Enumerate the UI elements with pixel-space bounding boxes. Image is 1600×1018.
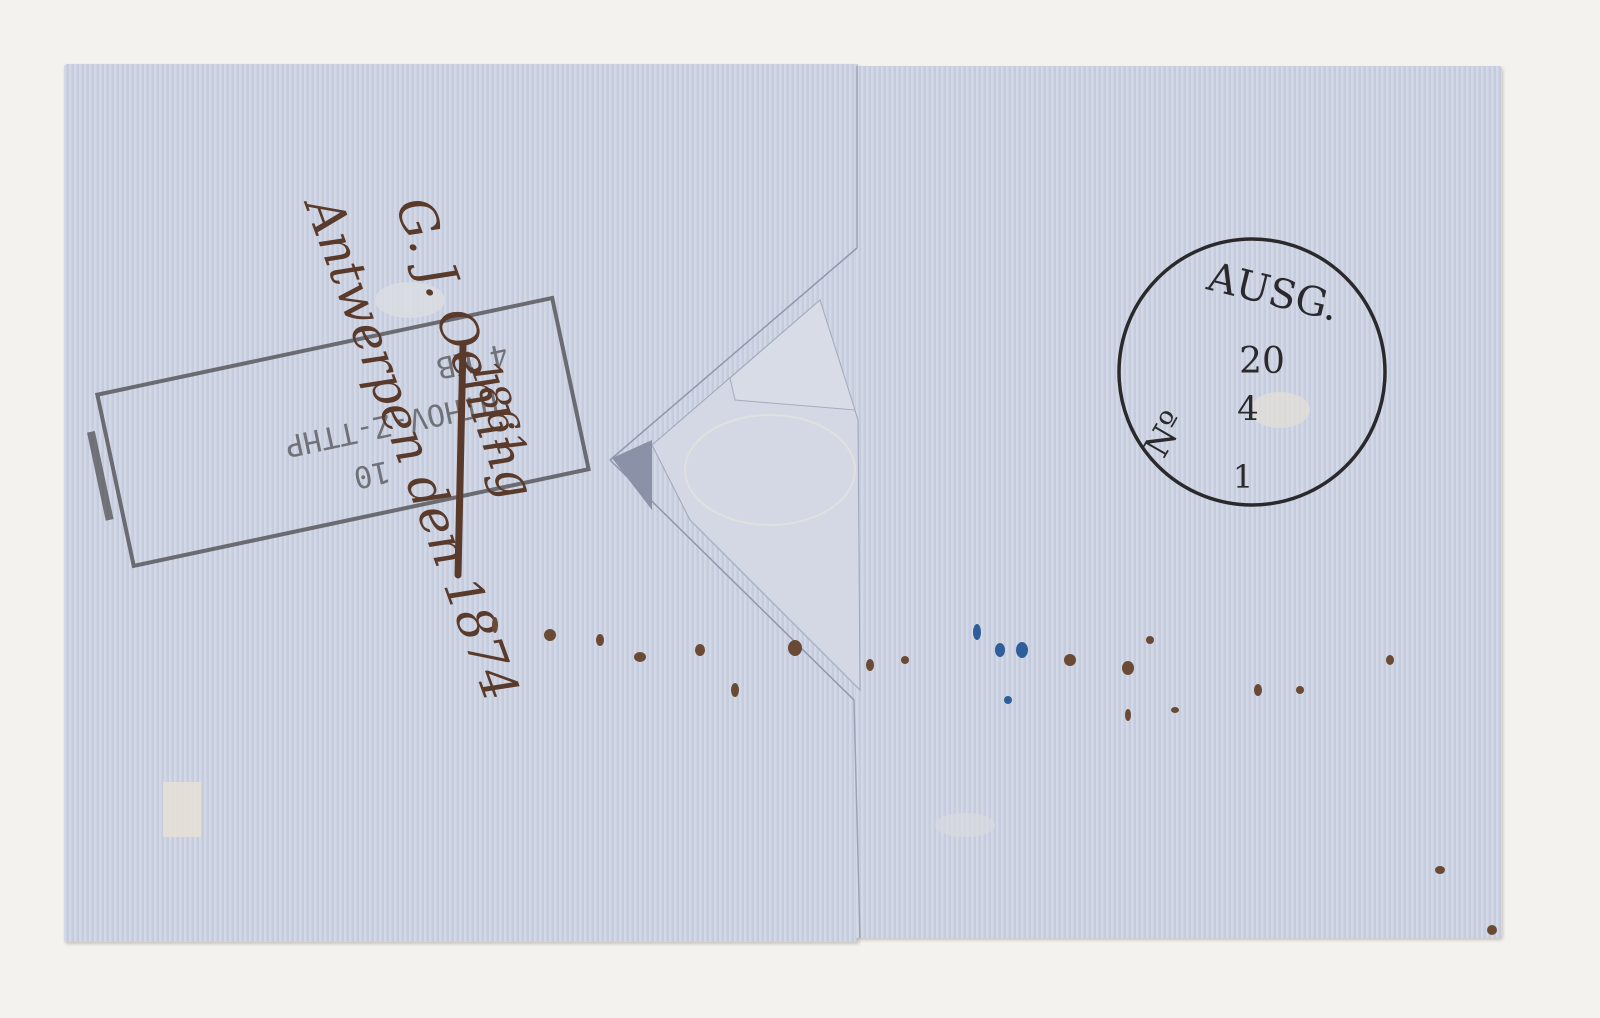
letter-right-panel [856,66,1502,938]
photo-stage: AUSG. 20 4 Nº 1 10 HTHOV-Z-TTHP 4 KB 186… [0,0,1600,1018]
letter-left-panel [64,64,858,942]
